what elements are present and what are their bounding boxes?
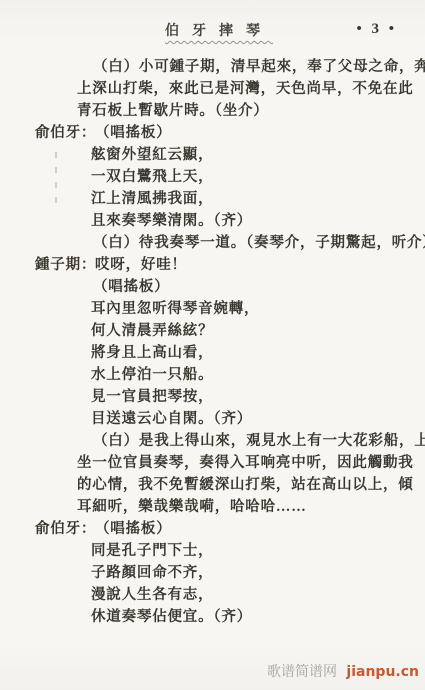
script-line: 子路顏回命不齐， (35, 562, 425, 584)
script-line: 上深山打柴，來此已是河灣，天色尚早，不免在此 (35, 78, 425, 100)
script-line: 的心情，我不免暫緩深山打柴，站在高山以上，傾 (35, 474, 425, 496)
line-text: 將身且上高山看， (91, 345, 213, 361)
line-text: （白）小可鍾子期，清早起來，奉了父母之命，奔 (93, 59, 425, 75)
speaker-label: 鍾子期： (35, 254, 95, 276)
line-text: 見一官員把琴按， (91, 389, 213, 405)
line-text: 水上停泊一只船。 (91, 367, 213, 383)
line-text: 何人清晨弄絲絃？ (91, 323, 213, 339)
line-text: 一双白鷺飛上天， (91, 169, 213, 185)
script-line: 坐一位官員奏琴，奏得入耳响亮中听，因此觸動我 (35, 452, 425, 474)
line-text: 坐一位官員奏琴，奏得入耳响亮中听，因此觸動我 (77, 455, 414, 471)
script-line: 俞伯牙： （唱搖板） (35, 518, 425, 540)
script-line: 水上停泊一只船。 (35, 364, 425, 386)
script-line: 鍾子期： 哎呀，好哇！ (35, 254, 425, 276)
script-line: 目送遠云心自閑。（齐） (35, 408, 425, 430)
script-line: 將身且上高山看， (35, 342, 425, 364)
script-title: 伯牙摔琴 (152, 20, 273, 40)
scan-artifact (55, 152, 57, 210)
line-text: 休道奏琴佔便宜。（齐） (91, 609, 252, 625)
watermark-site-name: 歌谱简谱网 (267, 664, 337, 680)
line-text: 江上清風拂我面， (91, 191, 213, 207)
line-text: 耳內里忽听得琴音婉轉， (91, 301, 259, 317)
script-line: 耳內里忽听得琴音婉轉， (35, 298, 425, 320)
line-text: （白）待我奏琴一道。（奏琴介，子期驚起，听介） (93, 235, 425, 251)
script-line: 江上清風拂我面， (35, 188, 425, 210)
line-text: 同是孔子門下士， (91, 543, 213, 559)
script-line: 且來奏琴樂清閑。（齐） (35, 210, 425, 232)
line-text: （白）是我上得山來，覌見水上有一大花彩船，上 (93, 433, 425, 449)
script-line: （白）小可鍾子期，清早起來，奉了父母之命，奔 (35, 56, 425, 78)
line-text: （唱搖板） (93, 279, 170, 295)
line-text: 目送遠云心自閑。（齐） (91, 411, 252, 427)
speaker-label: 俞伯牙： (35, 518, 95, 540)
script-line: （白）待我奏琴一道。（奏琴介，子期驚起，听介） (35, 232, 425, 254)
line-text: 哎呀，好哇！ (95, 254, 187, 276)
page-header: 伯牙摔琴 • 3 • (0, 20, 425, 44)
line-text: 的心情，我不免暫緩深山打柴，站在高山以上，傾 (77, 477, 414, 493)
line-text: 上深山打柴，來此已是河灣，天色尚早，不免在此 (77, 81, 414, 97)
line-text: 耳細听，樂哉樂哉嗬，哈哈哈…… (77, 499, 307, 515)
line-text: 子路顏回命不齐， (91, 565, 213, 581)
script-line: 漫說人生各有志， (35, 584, 425, 606)
script-line: （白）是我上得山來，覌見水上有一大花彩船，上 (35, 430, 425, 452)
line-text: 且來奏琴樂清閑。（齐） (91, 213, 252, 229)
script-line: 耳細听，樂哉樂哉嗬，哈哈哈…… (35, 496, 425, 518)
speaker-label: 俞伯牙： (35, 122, 95, 144)
script-line: 見一官員把琴按， (35, 386, 425, 408)
line-text: 舷窗外望紅云顯， (91, 147, 213, 163)
script-line: 青石板上暫歇片時。（坐介） (35, 100, 425, 122)
line-text: 青石板上暫歇片時。（坐介） (77, 103, 269, 119)
line-text: 漫說人生各有志， (91, 587, 213, 603)
watermark-site-url: jianpu.cn (346, 664, 419, 680)
script-line: 一双白鷺飛上天， (35, 166, 425, 188)
page-number: • 3 • (356, 21, 397, 38)
script-line: 俞伯牙： （唱搖板） (35, 122, 425, 144)
line-text: （唱搖板） (95, 122, 172, 144)
script-line: 舷窗外望紅云顯， (35, 144, 425, 166)
script-line: 同是孔子門下士， (35, 540, 425, 562)
line-text: （唱搖板） (95, 518, 172, 540)
script-body: （白）小可鍾子期，清早起來，奉了父母之命，奔 上深山打柴，來此已是河灣，天色尚早… (0, 56, 425, 628)
script-line: 何人清晨弄絲絃？ (35, 320, 425, 342)
script-line: 休道奏琴佔便宜。（齐） (35, 606, 425, 628)
watermark: 歌谱简谱网 jianpu.cn (267, 661, 419, 681)
script-line: （唱搖板） (35, 276, 425, 298)
scanned-page: 伯牙摔琴 • 3 • （白）小可鍾子期，清早起來，奉了父母之命，奔 上深山打柴，… (0, 0, 425, 690)
